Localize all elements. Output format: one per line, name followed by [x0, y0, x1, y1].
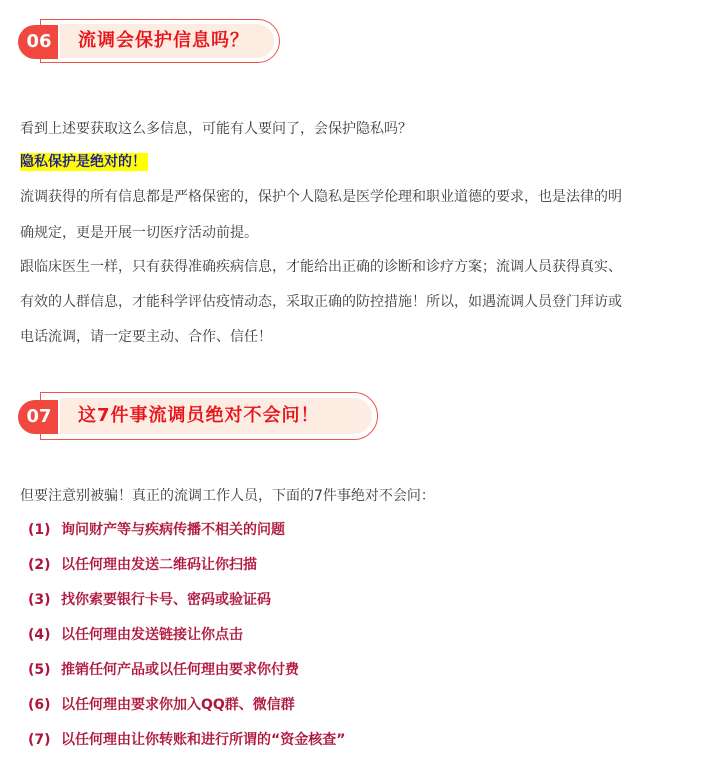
section-header-07: 07 这7件事流调员绝对不会问！ — [18, 392, 378, 440]
section-title: 流调会保护信息吗？ — [78, 24, 249, 58]
list-item: (3)找你索要银行卡号、密码或验证码 — [28, 590, 271, 610]
section-number-badge: 07 — [18, 400, 58, 434]
list-item: (5)推销任何产品或以任何理由要求你付费 — [28, 660, 299, 680]
list-item: (6)以任何理由要求你加入QQ群、微信群 — [28, 695, 295, 715]
list-item: (4)以任何理由发送链接让你点击 — [28, 625, 243, 645]
paragraph-line: 有效的人群信息，才能科学评估疫情动态，采取正确的防控措施！所以，如遇流调人员登门… — [20, 292, 622, 312]
section-title: 这7件事流调员绝对不会问！ — [78, 399, 320, 433]
section-number-badge: 06 — [18, 25, 58, 59]
paragraph-line: 跟临床医生一样，只有获得准确疾病信息，才能给出正确的诊断和诊疗方案；流调人员获得… — [20, 257, 622, 277]
intro-text: 但要注意别被骗！真正的流调工作人员，下面的7件事绝对不会问： — [20, 486, 435, 506]
paragraph-line: 流调获得的所有信息都是严格保密的，保护个人隐私是医学伦理和职业道德的要求，也是法… — [20, 187, 622, 207]
list-item: (1)询问财产等与疾病传播不相关的问题 — [28, 520, 285, 540]
section-header-06: 06 流调会保护信息吗？ — [18, 19, 280, 67]
intro-text: 看到上述要获取这么多信息，可能有人要问了，会保护隐私吗？ — [20, 119, 412, 139]
list-item: (7)以任何理由让你转账和进行所谓的“资金核查” — [28, 730, 345, 750]
highlight-text: 隐私保护是绝对的！ — [20, 153, 148, 171]
highlight-line: 隐私保护是绝对的！ — [20, 152, 148, 172]
paragraph-line: 确规定，更是开展一切医疗活动前提。 — [20, 223, 258, 243]
list-item: (2)以任何理由发送二维码让你扫描 — [28, 555, 257, 575]
paragraph-line: 电话流调，请一定要主动、合作、信任！ — [20, 327, 272, 347]
